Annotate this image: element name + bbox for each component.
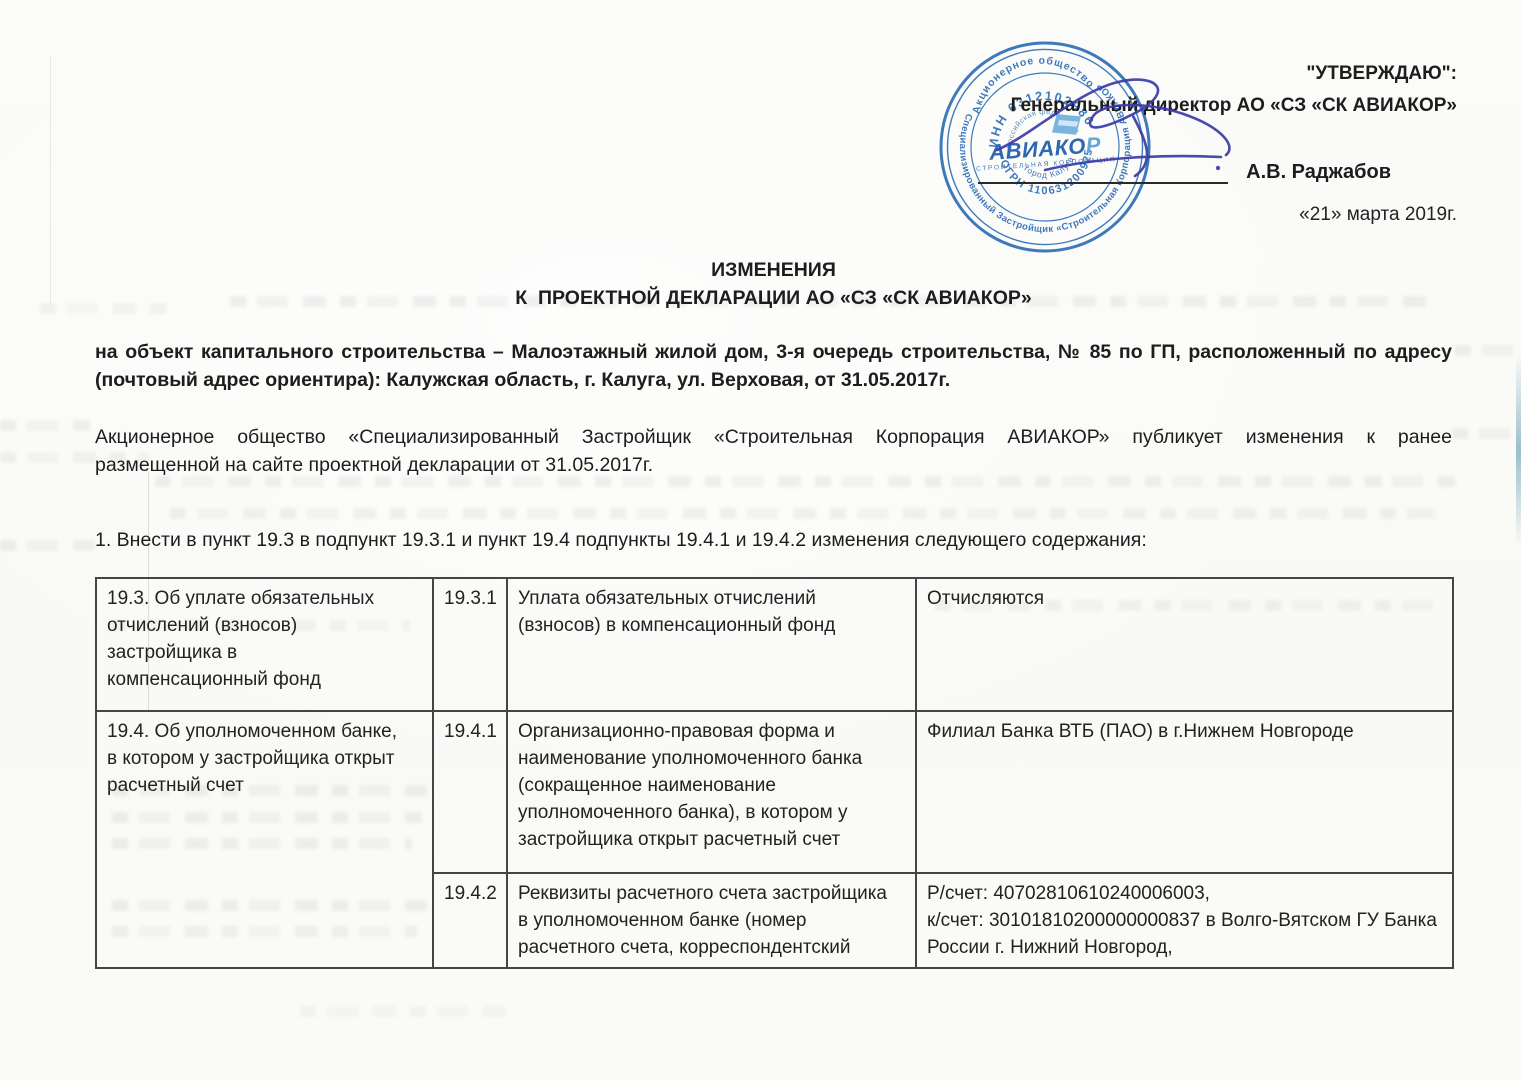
cell-sub-19-4-2: 19.4.2 — [433, 873, 507, 968]
title-line2: К ПРОЕКТНОЙ ДЕКЛАРАЦИИ АО «СЗ «СК АВИАКО… — [95, 284, 1452, 312]
cell-section-19-3: 19.3. Об уплате обязательных отчислений … — [96, 578, 433, 711]
paragraph-object-line1: на объект капитального строительства – М… — [95, 338, 1452, 366]
cell-desc-19-4-1: Организационно-правовая форма и наименов… — [507, 711, 916, 873]
cell-value-19-4-1: Филиал Банка ВТБ (ПАО) в г.Нижнем Новгор… — [916, 711, 1453, 873]
cell-sub-19-4-1: 19.4.1 — [433, 711, 507, 873]
cell-desc-19-3-1: Уплата обязательных отчислений (взносов)… — [507, 578, 916, 711]
paragraph-publisher: Акционерное общество «Специализированный… — [95, 423, 1452, 479]
cell-sub-19-3-1: 19.3.1 — [433, 578, 507, 711]
amendments-table: 19.3. Об уплате обязательных отчислений … — [95, 577, 1454, 969]
paragraph-object: на объект капитального строительства – М… — [95, 338, 1452, 394]
paragraph-object-line2: (почтовый адрес ориентира): Калужская об… — [95, 366, 1452, 394]
table-row: 19.3. Об уплате обязательных отчислений … — [96, 578, 1453, 711]
title-line1: ИЗМЕНЕНИЯ — [95, 256, 1452, 284]
paragraph-publisher-line1: Акционерное общество «Специализированный… — [95, 423, 1452, 451]
cell-section-19-4: 19.4. Об уполномоченном банке, в котором… — [96, 711, 433, 968]
scanned-document-page: «Специализированный Застройщик «Строител… — [0, 0, 1521, 1080]
cell-value-19-3-1: Отчисляются — [916, 578, 1453, 711]
amendment-item-1: 1. Внести в пункт 19.3 в подпункт 19.3.1… — [95, 527, 1495, 553]
scanner-edge-artifact — [1516, 355, 1521, 545]
cell-value-19-4-2: Р/счет: 40702810610240006003, к/счет: 30… — [916, 873, 1453, 968]
paragraph-publisher-line2: размещенной на сайте проектной деклараци… — [95, 451, 1452, 479]
document-title: ИЗМЕНЕНИЯ К ПРОЕКТНОЙ ДЕКЛАРАЦИИ АО «СЗ … — [95, 256, 1452, 312]
approval-date: «21» марта 2019г. — [817, 204, 1457, 226]
signature-ink — [985, 58, 1305, 198]
table-row: 19.4. Об уполномоченном банке, в котором… — [96, 711, 1453, 873]
cell-desc-19-4-2: Реквизиты расчетного счета застройщика в… — [507, 873, 916, 968]
